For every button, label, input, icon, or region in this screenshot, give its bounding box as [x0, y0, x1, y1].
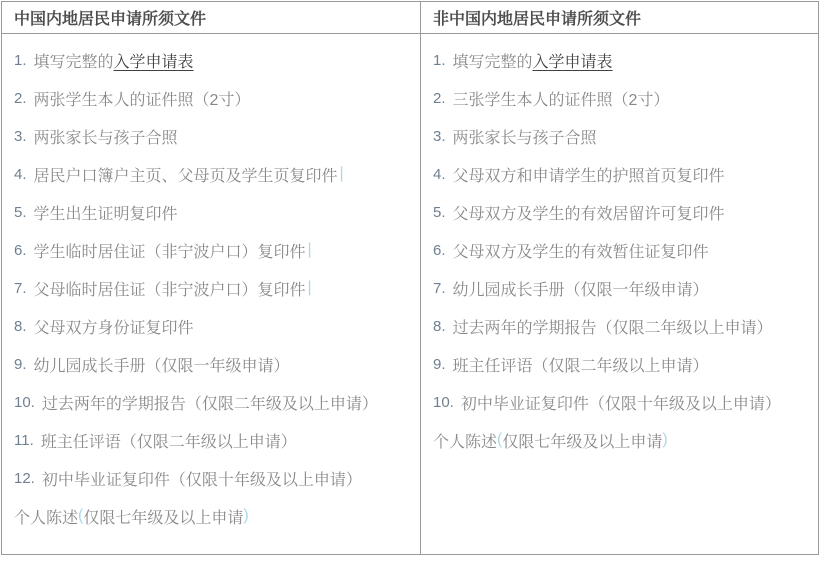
list-item: 3. 两张家长与孩子合照	[433, 117, 806, 155]
list-item: 9. 班主任评语（仅限二年级以上申请）	[433, 345, 806, 383]
item-text: 初中毕业证复印件（仅限十年级及以上申请）	[461, 391, 781, 414]
item-text: 学生临时居住证（非宁波户口）复印件	[34, 239, 306, 262]
item-number: 5.	[14, 204, 27, 221]
list-item: 3. 两张家长与孩子合照	[14, 117, 408, 155]
list-item: 12. 初中毕业证复印件（仅限十年级及以上申请）	[14, 459, 408, 497]
item-text: 父母双方及学生的有效暂住证复印件	[453, 239, 709, 262]
item-text: 初中毕业证复印件（仅限十年级及以上申请）	[42, 467, 362, 490]
item-number: 8.	[14, 318, 27, 335]
item-text: 父母双方及学生的有效居留许可复印件	[453, 201, 725, 224]
list-item: 10. 初中毕业证复印件（仅限十年级及以上申请）	[433, 383, 806, 421]
item-text: )	[243, 507, 248, 525]
list-item: 5. 学生出生证明复印件	[14, 193, 408, 231]
item-text: 幼儿园成长手册（仅限一年级申请）	[34, 353, 290, 376]
list-item: 1. 填写完整的入学申请表	[433, 41, 806, 79]
list-item: 5. 父母双方及学生的有效居留许可复印件	[433, 193, 806, 231]
list-item: 10. 过去两年的学期报告（仅限二年级及以上申请）	[14, 383, 408, 421]
item-number: 11.	[14, 432, 34, 449]
item-text: 学生出生证明复印件	[34, 201, 178, 224]
list-item: 4. 居民户口簿户主页、父母页及学生页复印件|	[14, 155, 408, 193]
item-text: 两张学生本人的证件照（2寸）	[34, 87, 251, 110]
item-number: 3.	[14, 128, 27, 145]
item-number: 9.	[14, 356, 27, 373]
list-item: 7. 幼儿园成长手册（仅限一年级申请）	[433, 269, 806, 307]
item-number: 7.	[433, 280, 446, 297]
item-text: 仅限七年级及以上申请	[502, 429, 662, 452]
item-number: 2.	[433, 90, 446, 107]
table-column-mainland: 中国内地居民申请所须文件 1. 填写完整的入学申请表 2. 两张学生本人的证件照…	[2, 2, 420, 554]
list-item: 9. 幼儿园成长手册（仅限一年级申请）	[14, 345, 408, 383]
list-item: 6. 学生临时居住证（非宁波户口）复印件|	[14, 231, 408, 269]
item-text: 居民户口簿户主页、父母页及学生页复印件	[34, 163, 338, 186]
item-number: 1.	[14, 52, 27, 69]
list-item: 11. 班主任评语（仅限二年级以上申请）	[14, 421, 408, 459]
item-text: 父母双方和申请学生的护照首页复印件	[453, 163, 725, 186]
item-text: 仅限七年级及以上申请	[83, 505, 243, 528]
item-text: 三张学生本人的证件照（2寸）	[453, 87, 670, 110]
list-item: 4. 父母双方和申请学生的护照首页复印件	[433, 155, 806, 193]
item-text: 父母临时居住证（非宁波户口）复印件	[34, 277, 306, 300]
column-header: 中国内地居民申请所须文件	[2, 2, 420, 34]
table-column-non-mainland: 非中国内地居民申请所须文件 1. 填写完整的入学申请表 2. 三张学生本人的证件…	[420, 2, 818, 554]
item-number: 7.	[14, 280, 27, 297]
cursor-bar: |	[308, 241, 312, 259]
list-item: 2. 三张学生本人的证件照（2寸）	[433, 79, 806, 117]
list-item: 1. 填写完整的入学申请表	[14, 41, 408, 79]
item-text: )	[662, 431, 667, 449]
item-number: 3.	[433, 128, 446, 145]
item-number: 4.	[433, 166, 446, 183]
item-text: 两张家长与孩子合照	[34, 125, 178, 148]
application-form-link[interactable]: 入学申请表	[533, 49, 613, 72]
column-header: 非中国内地居民申请所须文件	[421, 2, 818, 34]
list-item: 7. 父母临时居住证（非宁波户口）复印件|	[14, 269, 408, 307]
item-text: 个人陈述	[14, 505, 78, 528]
item-number: 8.	[433, 318, 446, 335]
list-item: 2. 两张学生本人的证件照（2寸）	[14, 79, 408, 117]
item-number: 6.	[14, 242, 27, 259]
column-items: 1. 填写完整的入学申请表 2. 三张学生本人的证件照（2寸） 3. 两张家长与…	[421, 34, 818, 459]
item-number: 9.	[433, 356, 446, 373]
item-number: 12.	[14, 470, 35, 487]
item-number: 6.	[433, 242, 446, 259]
item-text: 班主任评语（仅限二年级以上申请）	[41, 429, 297, 452]
item-text: 填写完整的	[34, 49, 114, 72]
list-item: 个人陈述(仅限七年级及以上申请)	[14, 497, 408, 535]
item-number: 2.	[14, 90, 27, 107]
column-items: 1. 填写完整的入学申请表 2. 两张学生本人的证件照（2寸） 3. 两张家长与…	[2, 34, 420, 535]
item-number: 5.	[433, 204, 446, 221]
item-number: 10.	[14, 394, 35, 411]
item-text: 两张家长与孩子合照	[453, 125, 597, 148]
list-item: 8. 过去两年的学期报告（仅限二年级以上申请）	[433, 307, 806, 345]
requirements-table: 中国内地居民申请所须文件 1. 填写完整的入学申请表 2. 两张学生本人的证件照…	[1, 1, 819, 555]
item-text: 过去两年的学期报告（仅限二年级及以上申请）	[42, 391, 378, 414]
application-form-link[interactable]: 入学申请表	[114, 49, 194, 72]
item-text: 班主任评语（仅限二年级以上申请）	[453, 353, 709, 376]
item-text: 父母双方身份证复印件	[34, 315, 194, 338]
list-item: 个人陈述(仅限七年级及以上申请)	[433, 421, 806, 459]
cursor-bar: |	[308, 279, 312, 297]
item-number: 4.	[14, 166, 27, 183]
item-text: 个人陈述	[433, 429, 497, 452]
list-item: 6. 父母双方及学生的有效暂住证复印件	[433, 231, 806, 269]
item-number: 1.	[433, 52, 446, 69]
cursor-bar: |	[340, 165, 344, 183]
item-text: 过去两年的学期报告（仅限二年级以上申请）	[453, 315, 773, 338]
item-text: 填写完整的	[453, 49, 533, 72]
list-item: 8. 父母双方身份证复印件	[14, 307, 408, 345]
item-number: 10.	[433, 394, 454, 411]
item-text: 幼儿园成长手册（仅限一年级申请）	[453, 277, 709, 300]
